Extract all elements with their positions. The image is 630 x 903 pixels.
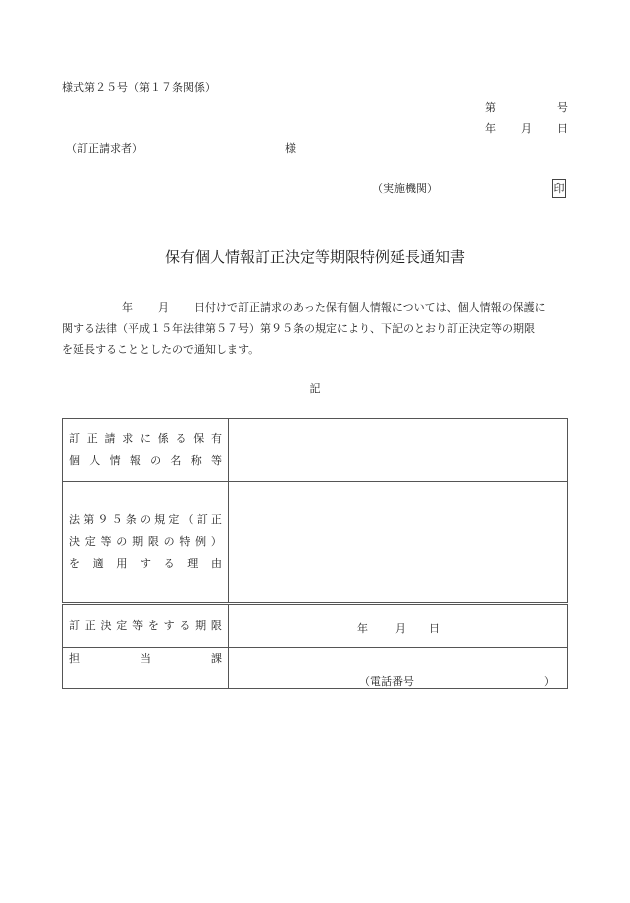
label-char: 決 bbox=[101, 615, 112, 637]
label-char: 称 bbox=[191, 450, 202, 472]
label-char: 正 bbox=[85, 615, 96, 637]
label-char: 期 bbox=[195, 615, 206, 637]
label-char: 有 bbox=[211, 428, 222, 450]
label-char: 当 bbox=[140, 648, 151, 670]
label-char: 適 bbox=[93, 553, 104, 575]
document-number-prefix: 第 bbox=[485, 102, 496, 113]
label-char: 等 bbox=[211, 450, 222, 472]
body-text: 日付けで訂正請求のあった保有個人情報については、個人情報の保護に bbox=[194, 302, 546, 313]
label-char: す bbox=[164, 615, 175, 637]
label-line: 決定等の期限の特例） bbox=[69, 531, 222, 553]
label-char: 正 bbox=[211, 509, 222, 531]
issue-date-month: 月 bbox=[521, 123, 532, 134]
label-char: ） bbox=[211, 531, 222, 553]
body-paragraph-line-3: を延長することとしたので通知します。 bbox=[62, 344, 259, 355]
label-char: 請 bbox=[105, 428, 116, 450]
label-char: 個 bbox=[69, 450, 80, 472]
decision-deadline-field[interactable]: 年 月 日 bbox=[229, 604, 568, 648]
label-char: 例 bbox=[195, 531, 206, 553]
label-char: の bbox=[150, 450, 161, 472]
label-char: 定 bbox=[168, 509, 179, 531]
row-label: 訂正決定等をする期限 bbox=[63, 604, 229, 648]
issue-date-day: 日 bbox=[557, 123, 568, 134]
phone-number-label: （電話番号 bbox=[359, 673, 414, 689]
deadline-day: 日 bbox=[429, 620, 440, 636]
label-line: 担当課 bbox=[69, 648, 222, 670]
label-char: の bbox=[140, 509, 151, 531]
label-char: 担 bbox=[69, 648, 80, 670]
responsible-section-field[interactable]: （電話番号 ） bbox=[229, 648, 568, 689]
personal-info-name-field[interactable] bbox=[229, 419, 568, 482]
label-char: 訂 bbox=[197, 509, 208, 531]
label-char: る bbox=[176, 428, 187, 450]
row-label: 法第９５条の規定（訂正 決定等の期限の特例） を適用する理由 bbox=[63, 482, 229, 604]
label-char: を bbox=[69, 553, 80, 575]
label-char: 課 bbox=[211, 648, 222, 670]
label-char: 訂 bbox=[69, 428, 80, 450]
label-char: す bbox=[140, 553, 151, 575]
extension-reason-field[interactable] bbox=[229, 482, 568, 604]
label-char: 定 bbox=[85, 531, 96, 553]
label-line: 個人情報の名称等 bbox=[69, 450, 222, 472]
label-char: に bbox=[140, 428, 151, 450]
label-char: の bbox=[164, 531, 175, 553]
deadline-month: 月 bbox=[395, 620, 406, 636]
label-char: （ bbox=[183, 509, 194, 531]
label-char: 名 bbox=[170, 450, 181, 472]
label-char: る bbox=[179, 615, 190, 637]
label-char: 理 bbox=[187, 553, 198, 575]
label-char: 第 bbox=[83, 509, 94, 531]
label-char: 条 bbox=[126, 509, 137, 531]
issue-date-year: 年 bbox=[485, 123, 496, 134]
requester-honorific: 様 bbox=[285, 143, 296, 154]
label-line: 法第９５条の規定（訂正 bbox=[69, 509, 222, 531]
label-char: 正 bbox=[87, 428, 98, 450]
label-char: 人 bbox=[89, 450, 100, 472]
label-line: 訂正決定等をする期限 bbox=[69, 615, 222, 637]
label-char: ５ bbox=[112, 509, 123, 531]
label-char: を bbox=[148, 615, 159, 637]
table-row-responsible-section: 担当課 （電話番号 ） bbox=[63, 648, 568, 689]
label-char: 求 bbox=[122, 428, 133, 450]
requester-label: （訂正請求者） bbox=[66, 143, 143, 154]
row-label: 訂正請求に係る保有 個人情報の名称等 bbox=[63, 419, 229, 482]
label-char: 報 bbox=[130, 450, 141, 472]
document-title: 保有個人情報訂正決定等期限特例延長通知書 bbox=[0, 250, 630, 265]
label-char: 決 bbox=[69, 531, 80, 553]
label-char: 特 bbox=[179, 531, 190, 553]
label-char: 等 bbox=[132, 615, 143, 637]
table-row-decision-deadline: 訂正決定等をする期限 年 月 日 bbox=[63, 604, 568, 648]
document-number-suffix: 号 bbox=[557, 102, 568, 113]
row-label: 担当課 bbox=[63, 648, 229, 689]
label-char: 用 bbox=[116, 553, 127, 575]
body-date-year: 年 bbox=[122, 302, 133, 313]
table-row-extension-reason: 法第９５条の規定（訂正 決定等の期限の特例） を適用する理由 bbox=[63, 482, 568, 604]
label-char: 期 bbox=[132, 531, 143, 553]
ki-heading: 記 bbox=[0, 383, 630, 394]
label-char: 等 bbox=[101, 531, 112, 553]
body-date-month: 月 bbox=[158, 302, 169, 313]
body-paragraph-line-2: 関する法律（平成１５年法律第５７号）第９５条の規定により、下記のとおり訂正決定等… bbox=[62, 323, 535, 334]
label-char: 限 bbox=[211, 615, 222, 637]
label-char: 規 bbox=[154, 509, 165, 531]
label-char: 法 bbox=[69, 509, 80, 531]
label-char: 定 bbox=[116, 615, 127, 637]
form-number: 様式第２５号（第１７条関係） bbox=[62, 82, 216, 93]
phone-number-close: ） bbox=[544, 673, 555, 689]
label-char: ９ bbox=[97, 509, 108, 531]
label-char: 保 bbox=[193, 428, 204, 450]
label-line: を適用する理由 bbox=[69, 553, 222, 575]
deadline-year: 年 bbox=[357, 620, 368, 636]
label-char: る bbox=[164, 553, 175, 575]
details-table: 訂正請求に係る保有 個人情報の名称等 法第９５条の規定（訂正 決定等の期限の特例… bbox=[62, 418, 568, 689]
label-char: 由 bbox=[211, 553, 222, 575]
issuing-agency-label: （実施機関） bbox=[372, 183, 438, 194]
label-line: 訂正請求に係る保有 bbox=[69, 428, 222, 450]
label-char: の bbox=[116, 531, 127, 553]
label-char: 訂 bbox=[69, 615, 80, 637]
seal-stamp-icon: 印 bbox=[552, 179, 566, 198]
label-char: 係 bbox=[158, 428, 169, 450]
table-row-personal-info-name: 訂正請求に係る保有 個人情報の名称等 bbox=[63, 419, 568, 482]
label-char: 情 bbox=[110, 450, 121, 472]
label-char: 限 bbox=[148, 531, 159, 553]
